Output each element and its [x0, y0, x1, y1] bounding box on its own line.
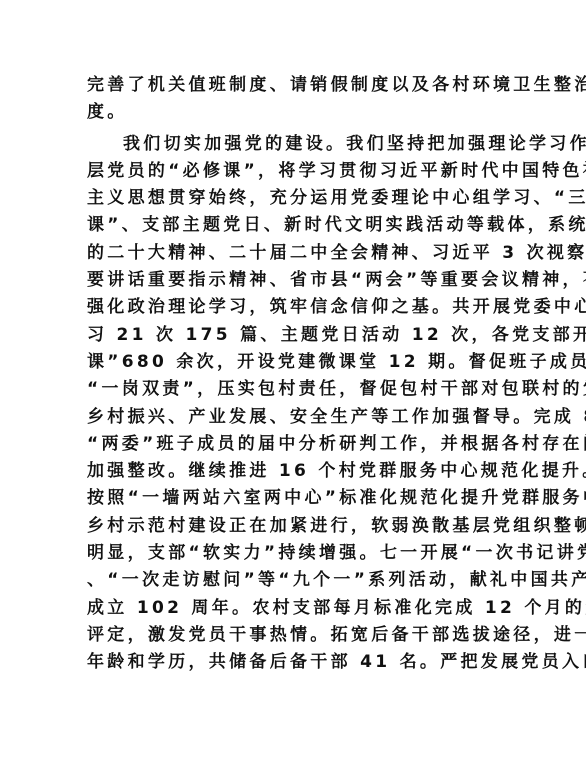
- text-line: “两委”班子成员的届中分析研判工作，并根据各村存在问题: [87, 431, 497, 458]
- paragraph-1: 完善了机关值班制度、请销假制度以及各村环境卫生整治等制 度。: [87, 72, 497, 127]
- document-body: 完善了机关值班制度、请销假制度以及各村环境卫生整治等制 度。 我们切实加强党的建…: [87, 72, 497, 677]
- text-line: 主义思想贯穿始终，充分运用党委理论中心组学习、“三会一: [87, 185, 497, 212]
- text-line: 评定，激发党员干事热情。拓宽后备干部选拔途径，进一步优化: [87, 622, 497, 649]
- text-line: 习 21 次 175 篇、主题党日活动 12 次，各党支部开展“三会一: [87, 322, 497, 349]
- text-line: 成立 102 周年。农村支部每月标准化完成 12 个月的党员积分: [87, 595, 497, 622]
- text-line: 要讲话重要指示精神、省市县“两会”等重要会议精神，不断: [87, 267, 497, 294]
- text-line: 年龄和学历，共储备后备干部 41 名。严把发展党员入口关，发: [87, 649, 497, 676]
- text-line: 课”680 余次，开设党建微课堂 12 期。督促班子成员严格落实: [87, 349, 497, 376]
- text-line: 加强整改。继续推进 16 个村党群服务中心规范化提升。高庄村: [87, 458, 497, 485]
- text-line: 完善了机关值班制度、请销假制度以及各村环境卫生整治等制: [87, 72, 497, 99]
- text-line: 课”、支部主题党日、新时代文明实践活动等载体，系统学习党: [87, 212, 497, 239]
- text-line: 度。: [87, 99, 497, 126]
- text-line: 明显，支部“软实力”持续增强。七一开展“一次书记讲党课”: [87, 540, 497, 567]
- text-line: 乡村示范村建设正在加紧进行，软弱涣散基层党组织整顿成效: [87, 513, 497, 540]
- text-line: 乡村振兴、产业发展、安全生产等工作加强督导。完成 83 名村: [87, 404, 497, 431]
- text-line: 、“一次走访慰问”等“九个一”系列活动，献礼中国共产党: [87, 567, 497, 594]
- text-line: 强化政治理论学习，筑牢信念信仰之基。共开展党委中心组学: [87, 294, 497, 321]
- paragraph-2: 我们切实加强党的建设。我们坚持把加强理论学习作为基 层党员的“必修课”，将学习贯…: [87, 131, 497, 677]
- text-line: “一岗双责”，压实包村责任，督促包村干部对包联村的党建、: [87, 376, 497, 403]
- document-page: 完善了机关值班制度、请销假制度以及各村环境卫生整治等制 度。 我们切实加强党的建…: [0, 0, 586, 759]
- text-line: 的二十大精神、二十届二中全会精神、习近平 3 次视察山西重: [87, 240, 497, 267]
- text-line: 层党员的“必修课”，将学习贯彻习近平新时代中国特色社会: [87, 158, 497, 185]
- text-line: 按照“一墙两站六室两中心”标准化规范化提升党群服务中心，: [87, 485, 497, 512]
- text-line: 我们切实加强党的建设。我们坚持把加强理论学习作为基: [87, 131, 497, 158]
